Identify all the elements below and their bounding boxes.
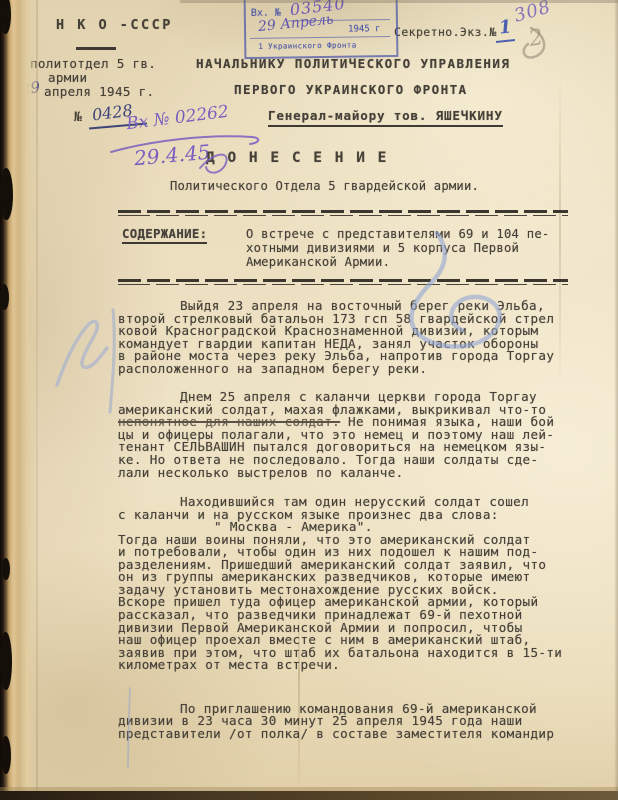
binding-spot: [2, 558, 10, 580]
pencil-mark-handwritten: 2: [527, 25, 545, 52]
corner-number-handwritten: 308: [512, 0, 554, 27]
copy-number-underline: [496, 39, 515, 43]
sender-unit-line2: армии: [48, 70, 87, 85]
sender-unit-line1: политотдел 5 гв.: [30, 56, 156, 71]
org-underline: [76, 47, 116, 50]
content-summary-line3: Американской Армии.: [246, 255, 390, 269]
body-line: расположенного на западном берегу реки.: [118, 363, 578, 376]
binding-spot: [1, 736, 11, 774]
sender-date-typed: апреля 1945 г.: [44, 84, 154, 99]
stamp-unit-name: 1 Украинского Фронта: [258, 41, 356, 51]
recipient-name: Генерал-майору тов. ЯШЕЧКИНУ: [268, 108, 503, 127]
body-line: лали несколько выстрелов по каланче.: [118, 467, 578, 480]
paragraph: По приглашению командования 69-й америка…: [118, 703, 578, 741]
binding-spot: [0, 168, 13, 220]
org-line: Н К О -СССР: [56, 17, 173, 33]
margin-line: [110, 310, 114, 412]
page-right-edge: [614, 0, 618, 800]
copy-number-handwritten: 1: [498, 16, 513, 38]
binding-spot: [0, 284, 9, 310]
paragraph: Днем 25 апреля с каланчи церкви города Т…: [118, 391, 578, 479]
stamp-year-printed: 1945 г: [348, 24, 381, 34]
paper-crease: [36, 0, 38, 800]
divider-rule-top: [118, 210, 568, 216]
recipient-line1: НАЧАЛЬНИКУ ПОЛИТИЧЕСКОГО УПРАВЛЕНИЯ: [196, 56, 510, 71]
binding-spot: [0, 0, 11, 34]
date-handwritten: 29.4.45: [133, 140, 211, 171]
secrecy-label: Секретно.Экз.№: [394, 25, 497, 39]
document-subtitle: Политического Отдела 5 гвардейской армии…: [170, 179, 479, 193]
paragraph: Находившийся там один нерусский солдат с…: [118, 496, 578, 672]
body-line: представители /от полка/ в составе замес…: [118, 728, 578, 741]
content-summary-line2: хотными дивизиями и 5 корпуса Первой: [246, 241, 519, 255]
incoming-number-handwritten: Вх № 02262: [125, 102, 230, 134]
paragraph: Выйдя 23 апреля на восточный берег реки …: [118, 300, 578, 375]
divider-rule-bottom: [118, 279, 568, 285]
document-body: Выйдя 23 апреля на восточный берег реки …: [118, 300, 578, 740]
document-title: Д О Н Е С Е Н И Е: [206, 150, 388, 166]
content-summary-line1: О встрече с представителями 69 и 104 пе-: [246, 227, 550, 241]
recipient-line2: ПЕРВОГО УКРАИНСКОГО ФРОНТА: [234, 82, 468, 97]
binding-spot: [0, 632, 12, 690]
sender-day-handwritten: 29: [20, 78, 41, 98]
body-line: километрах от места встречи.: [118, 659, 578, 672]
page-bottom-edge: [0, 791, 618, 800]
scanned-document-page: Н К О -СССР политотдел 5 гв. армии 29 ап…: [0, 0, 618, 800]
content-label: СОДЕРЖАНИЕ:: [122, 226, 207, 244]
doc-number-label: №: [74, 110, 82, 125]
incoming-stamp: Вх. № 03540 29 Апрель 1945 г 1 Украинско…: [244, 0, 399, 59]
margin-scribble: [57, 321, 107, 385]
struck-text: непонятное для наших солдат.: [118, 414, 340, 429]
stamp-date-line: [250, 36, 390, 39]
page-top-edge: [180, 0, 618, 3]
